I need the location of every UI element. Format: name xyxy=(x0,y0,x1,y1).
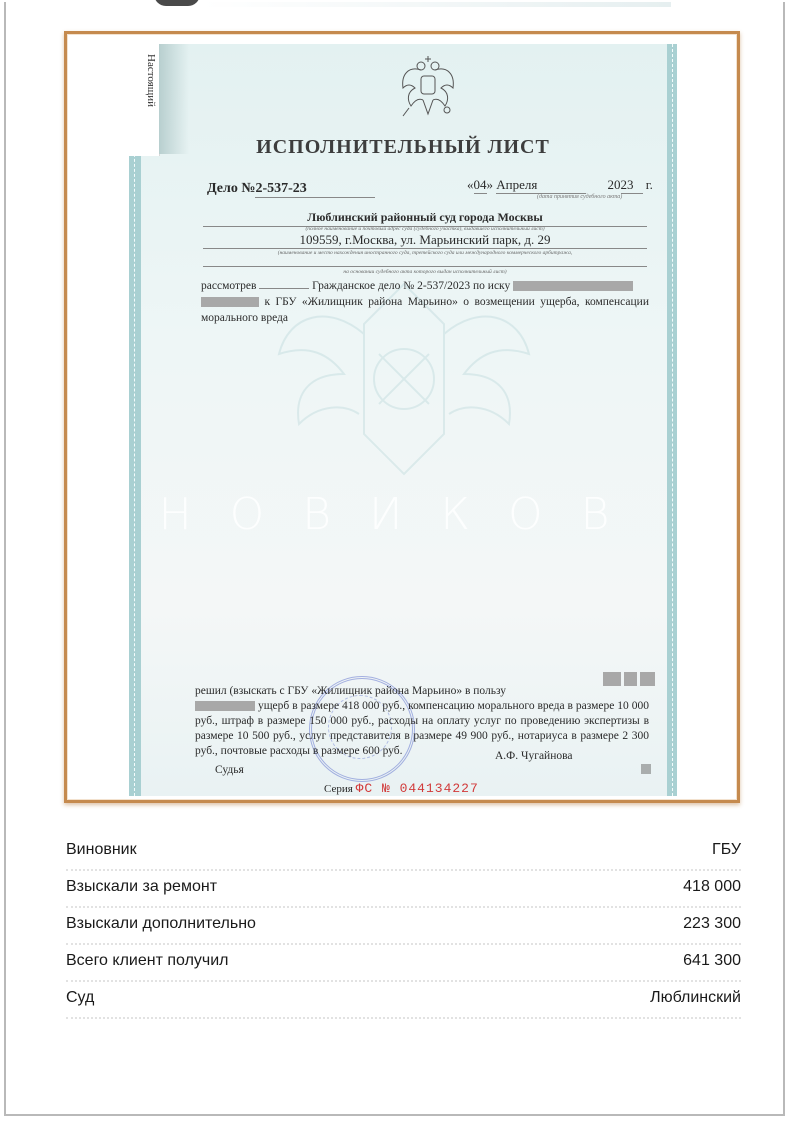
top-strip xyxy=(201,2,671,7)
case-number-line: Дело №2-537-23 xyxy=(207,181,375,198)
series-number: ФС № 044134227 xyxy=(356,781,479,796)
date-year-suffix: 23 xyxy=(621,177,643,194)
watermark-text: НОВИКОВ xyxy=(129,489,677,540)
series-label: Серия xyxy=(324,783,353,795)
corner-mark xyxy=(641,764,651,774)
case-text-2: к ГБУ «Жилищник района Марьино» о возмещ… xyxy=(201,296,649,324)
date-caption: (дата принятия судебного акта) xyxy=(537,194,622,200)
case-summary-table: Виновник ГБУ Взыскали за ремонт 418 000 … xyxy=(66,834,741,1019)
summary-label: Всего клиент получил xyxy=(66,952,229,970)
date-line: «04» Апреля 2023 г. xyxy=(467,177,653,194)
redacted-plaintiff-2 xyxy=(201,297,259,307)
summary-value: 223 300 xyxy=(683,915,741,933)
blank-line xyxy=(203,266,647,267)
summary-row-culprit: Виновник ГБУ xyxy=(66,834,741,871)
considered-label: рассмотрев xyxy=(201,280,256,292)
summary-value: 641 300 xyxy=(683,952,741,970)
document-title: ИСПОЛНИТЕЛЬНЫЙ ЛИСТ xyxy=(129,136,677,159)
document-photo-frame: Настоящий ИСПОЛНИТЕЛЬНЫЙ ЛИСТ Дело №2-53… xyxy=(64,31,740,803)
date-year-prefix: 20 xyxy=(608,177,621,192)
judge-name: А.Ф. Чугайнова xyxy=(495,750,573,762)
summary-row-additional: Взыскали дополнительно 223 300 xyxy=(66,908,741,945)
series-line: Серия ФС № 044134227 xyxy=(324,781,479,796)
summary-row-court: Суд Люблинский xyxy=(66,982,741,1019)
summary-row-total: Всего клиент получил 641 300 xyxy=(66,945,741,982)
summary-label: Взыскали дополнительно xyxy=(66,915,256,933)
redacted-beneficiary-2 xyxy=(195,701,255,711)
top-decoration xyxy=(154,0,200,6)
summary-value: Люблинский xyxy=(650,989,741,1007)
case-card: Настоящий ИСПОЛНИТЕЛЬНЫЙ ЛИСТ Дело №2-53… xyxy=(4,2,785,1116)
writ-of-execution-photo: Настоящий ИСПОЛНИТЕЛЬНЫЙ ЛИСТ Дело №2-53… xyxy=(129,44,677,796)
summary-value: ГБУ xyxy=(712,841,741,859)
judge-label: Судья xyxy=(215,764,244,776)
redacted-plaintiff xyxy=(513,281,633,291)
case-prefix: Дело № xyxy=(207,181,255,196)
date-month: Апреля xyxy=(496,177,586,194)
decision-text: решил (взыскать с ГБУ «Жилищник района М… xyxy=(195,684,649,759)
basis-caption: на основании судебного акта которого выд… xyxy=(203,269,647,275)
court-name: Люблинский районный суд города Москвы xyxy=(203,210,647,227)
summary-label: Взыскали за ремонт xyxy=(66,878,217,896)
case-description: рассмотрев Гражданское дело № 2-537/2023… xyxy=(201,278,649,326)
address-caption: (наименование и место нахождения иностра… xyxy=(203,250,647,256)
decision-line-1: решил (взыскать с ГБУ «Жилищник района М… xyxy=(195,685,506,697)
case-number: 2-537-23 xyxy=(255,181,375,198)
coat-of-arms-icon xyxy=(399,54,457,118)
court-address: 109559, г.Москва, ул. Марьинский парк, д… xyxy=(203,232,647,249)
case-text-1: Гражданское дело № 2-537/2023 по иску xyxy=(312,280,510,292)
summary-value: 418 000 xyxy=(683,878,741,896)
summary-label: Виновник xyxy=(66,841,137,859)
date-day: 04 xyxy=(474,177,487,194)
summary-row-repair: Взыскали за ремонт 418 000 xyxy=(66,871,741,908)
date-year-mark: г. xyxy=(646,177,653,192)
decision-line-2: ущерб в размере 418 000 руб., компенсаци… xyxy=(195,700,649,757)
summary-label: Суд xyxy=(66,989,94,1007)
